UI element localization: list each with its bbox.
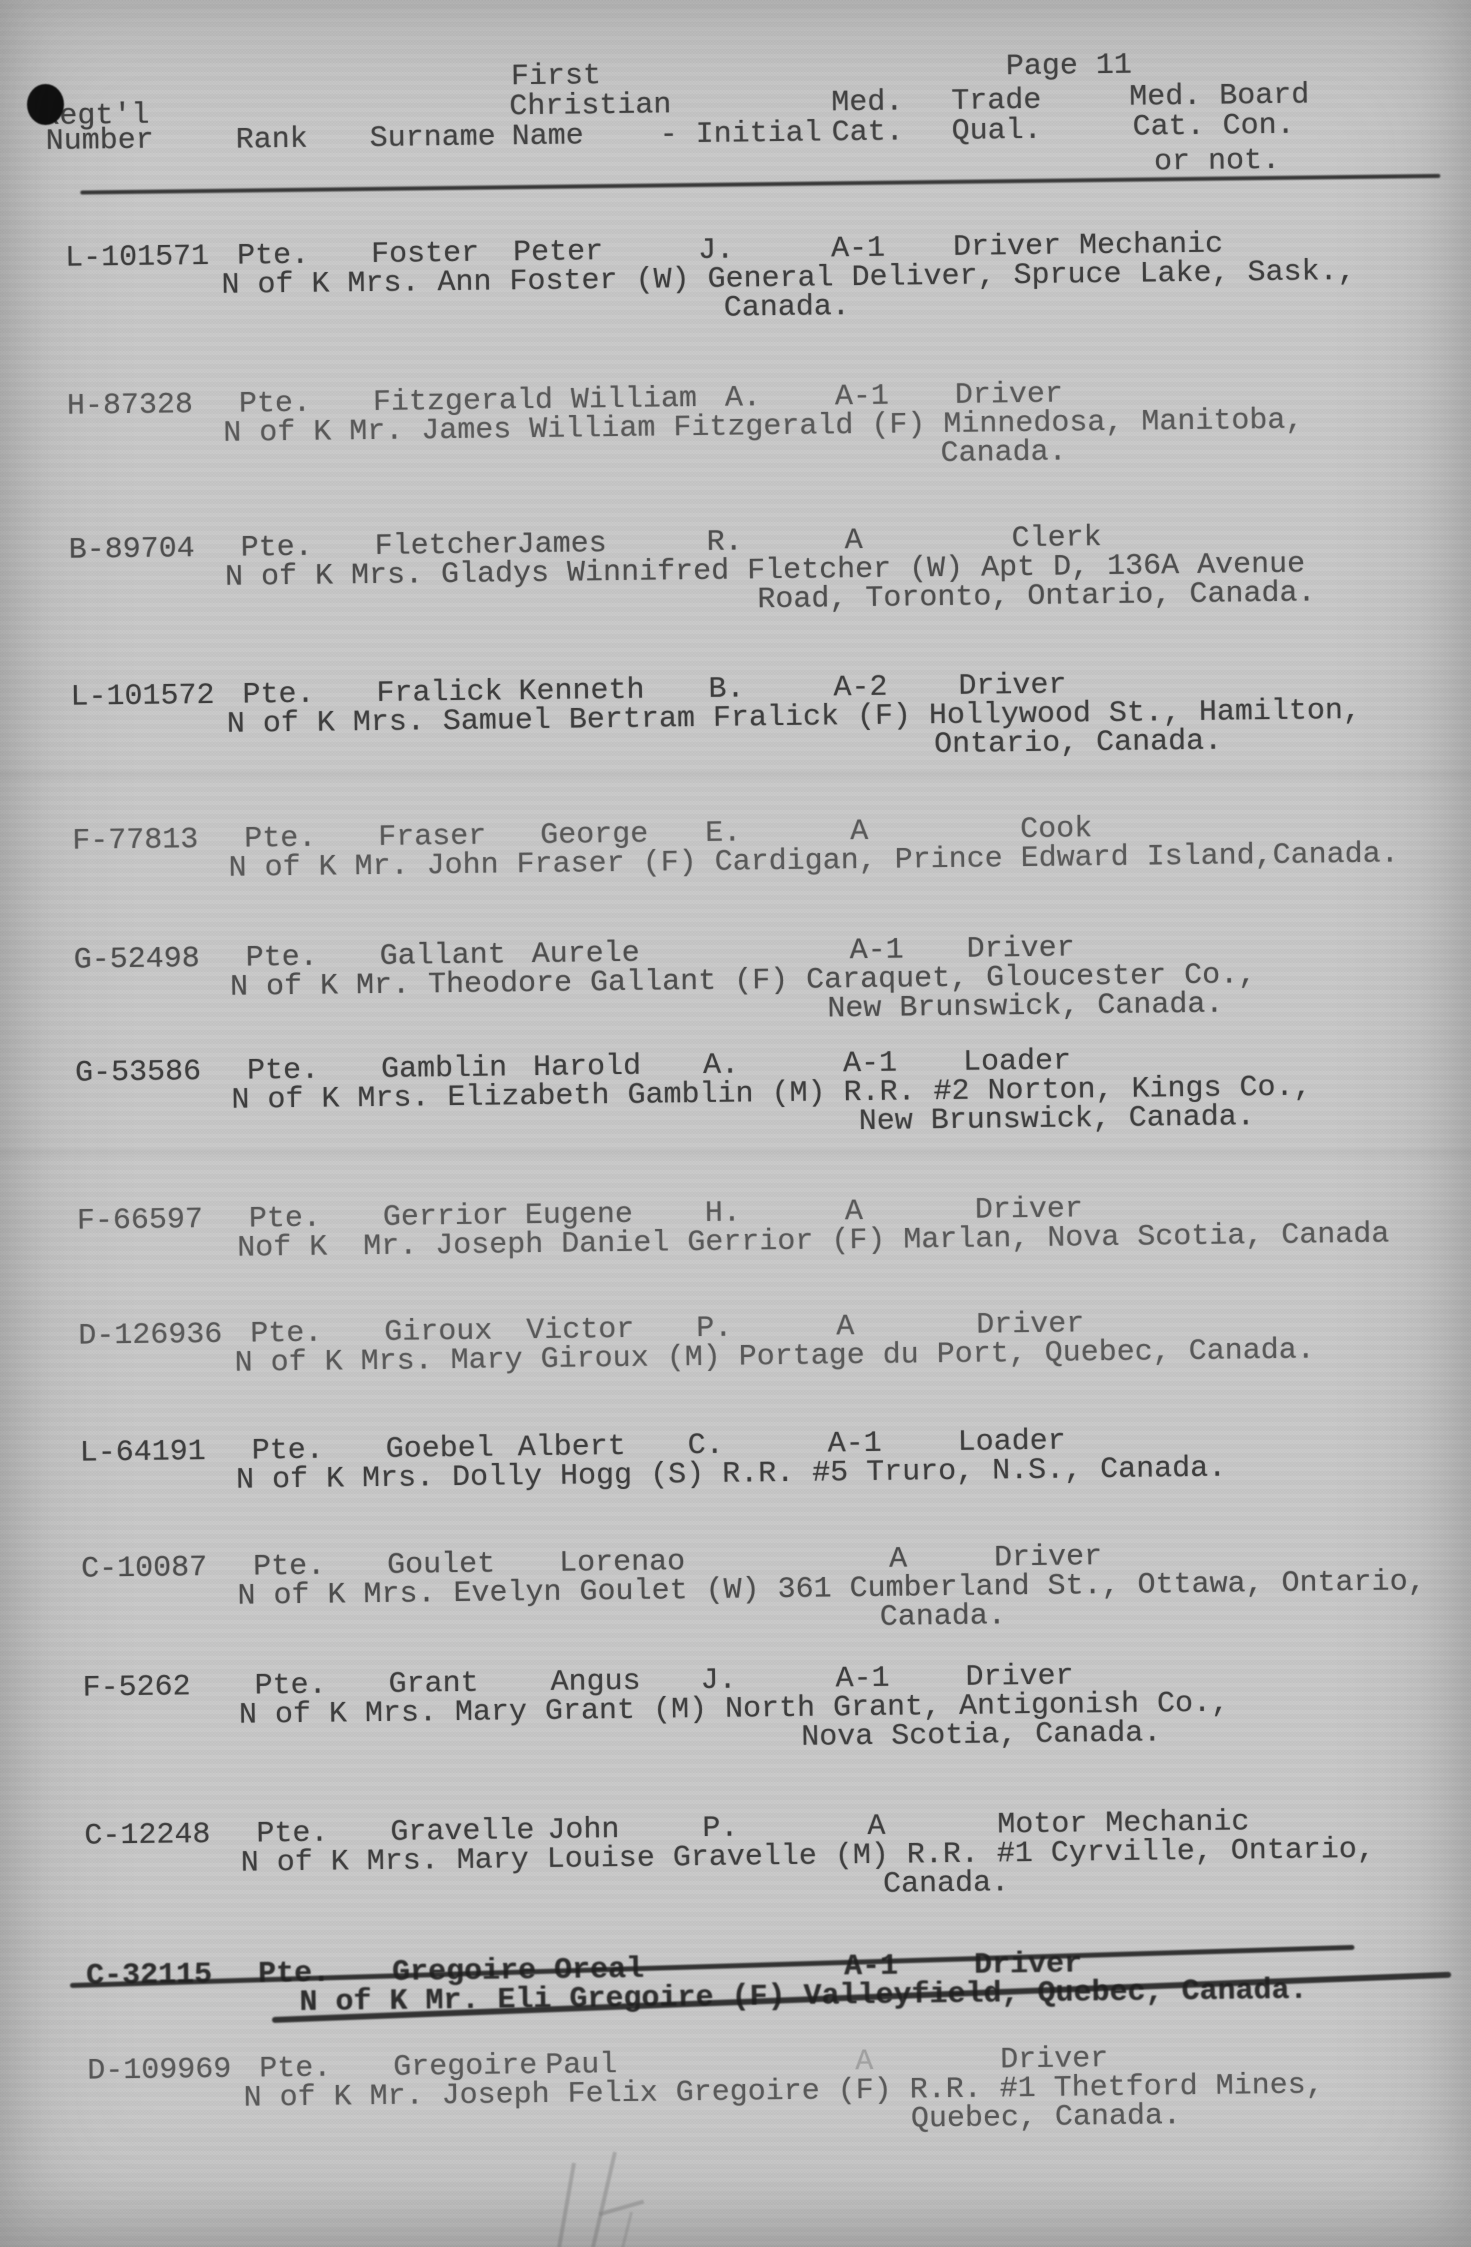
scanned-document-page: Page 11 First Christian Med. Trade Med. … [0,0,1471,2247]
med-cat: A [855,2047,873,2077]
entry-row: D-109969Pte.GregoirePaulADriverN of K Mr… [0,0,1471,2247]
next-of-kin-line: Quebec, Canada. [911,2101,1181,2134]
typewritten-sheet: Page 11 First Christian Med. Trade Med. … [0,0,1471,2247]
regtl-number: D-109969 [87,2055,231,2087]
